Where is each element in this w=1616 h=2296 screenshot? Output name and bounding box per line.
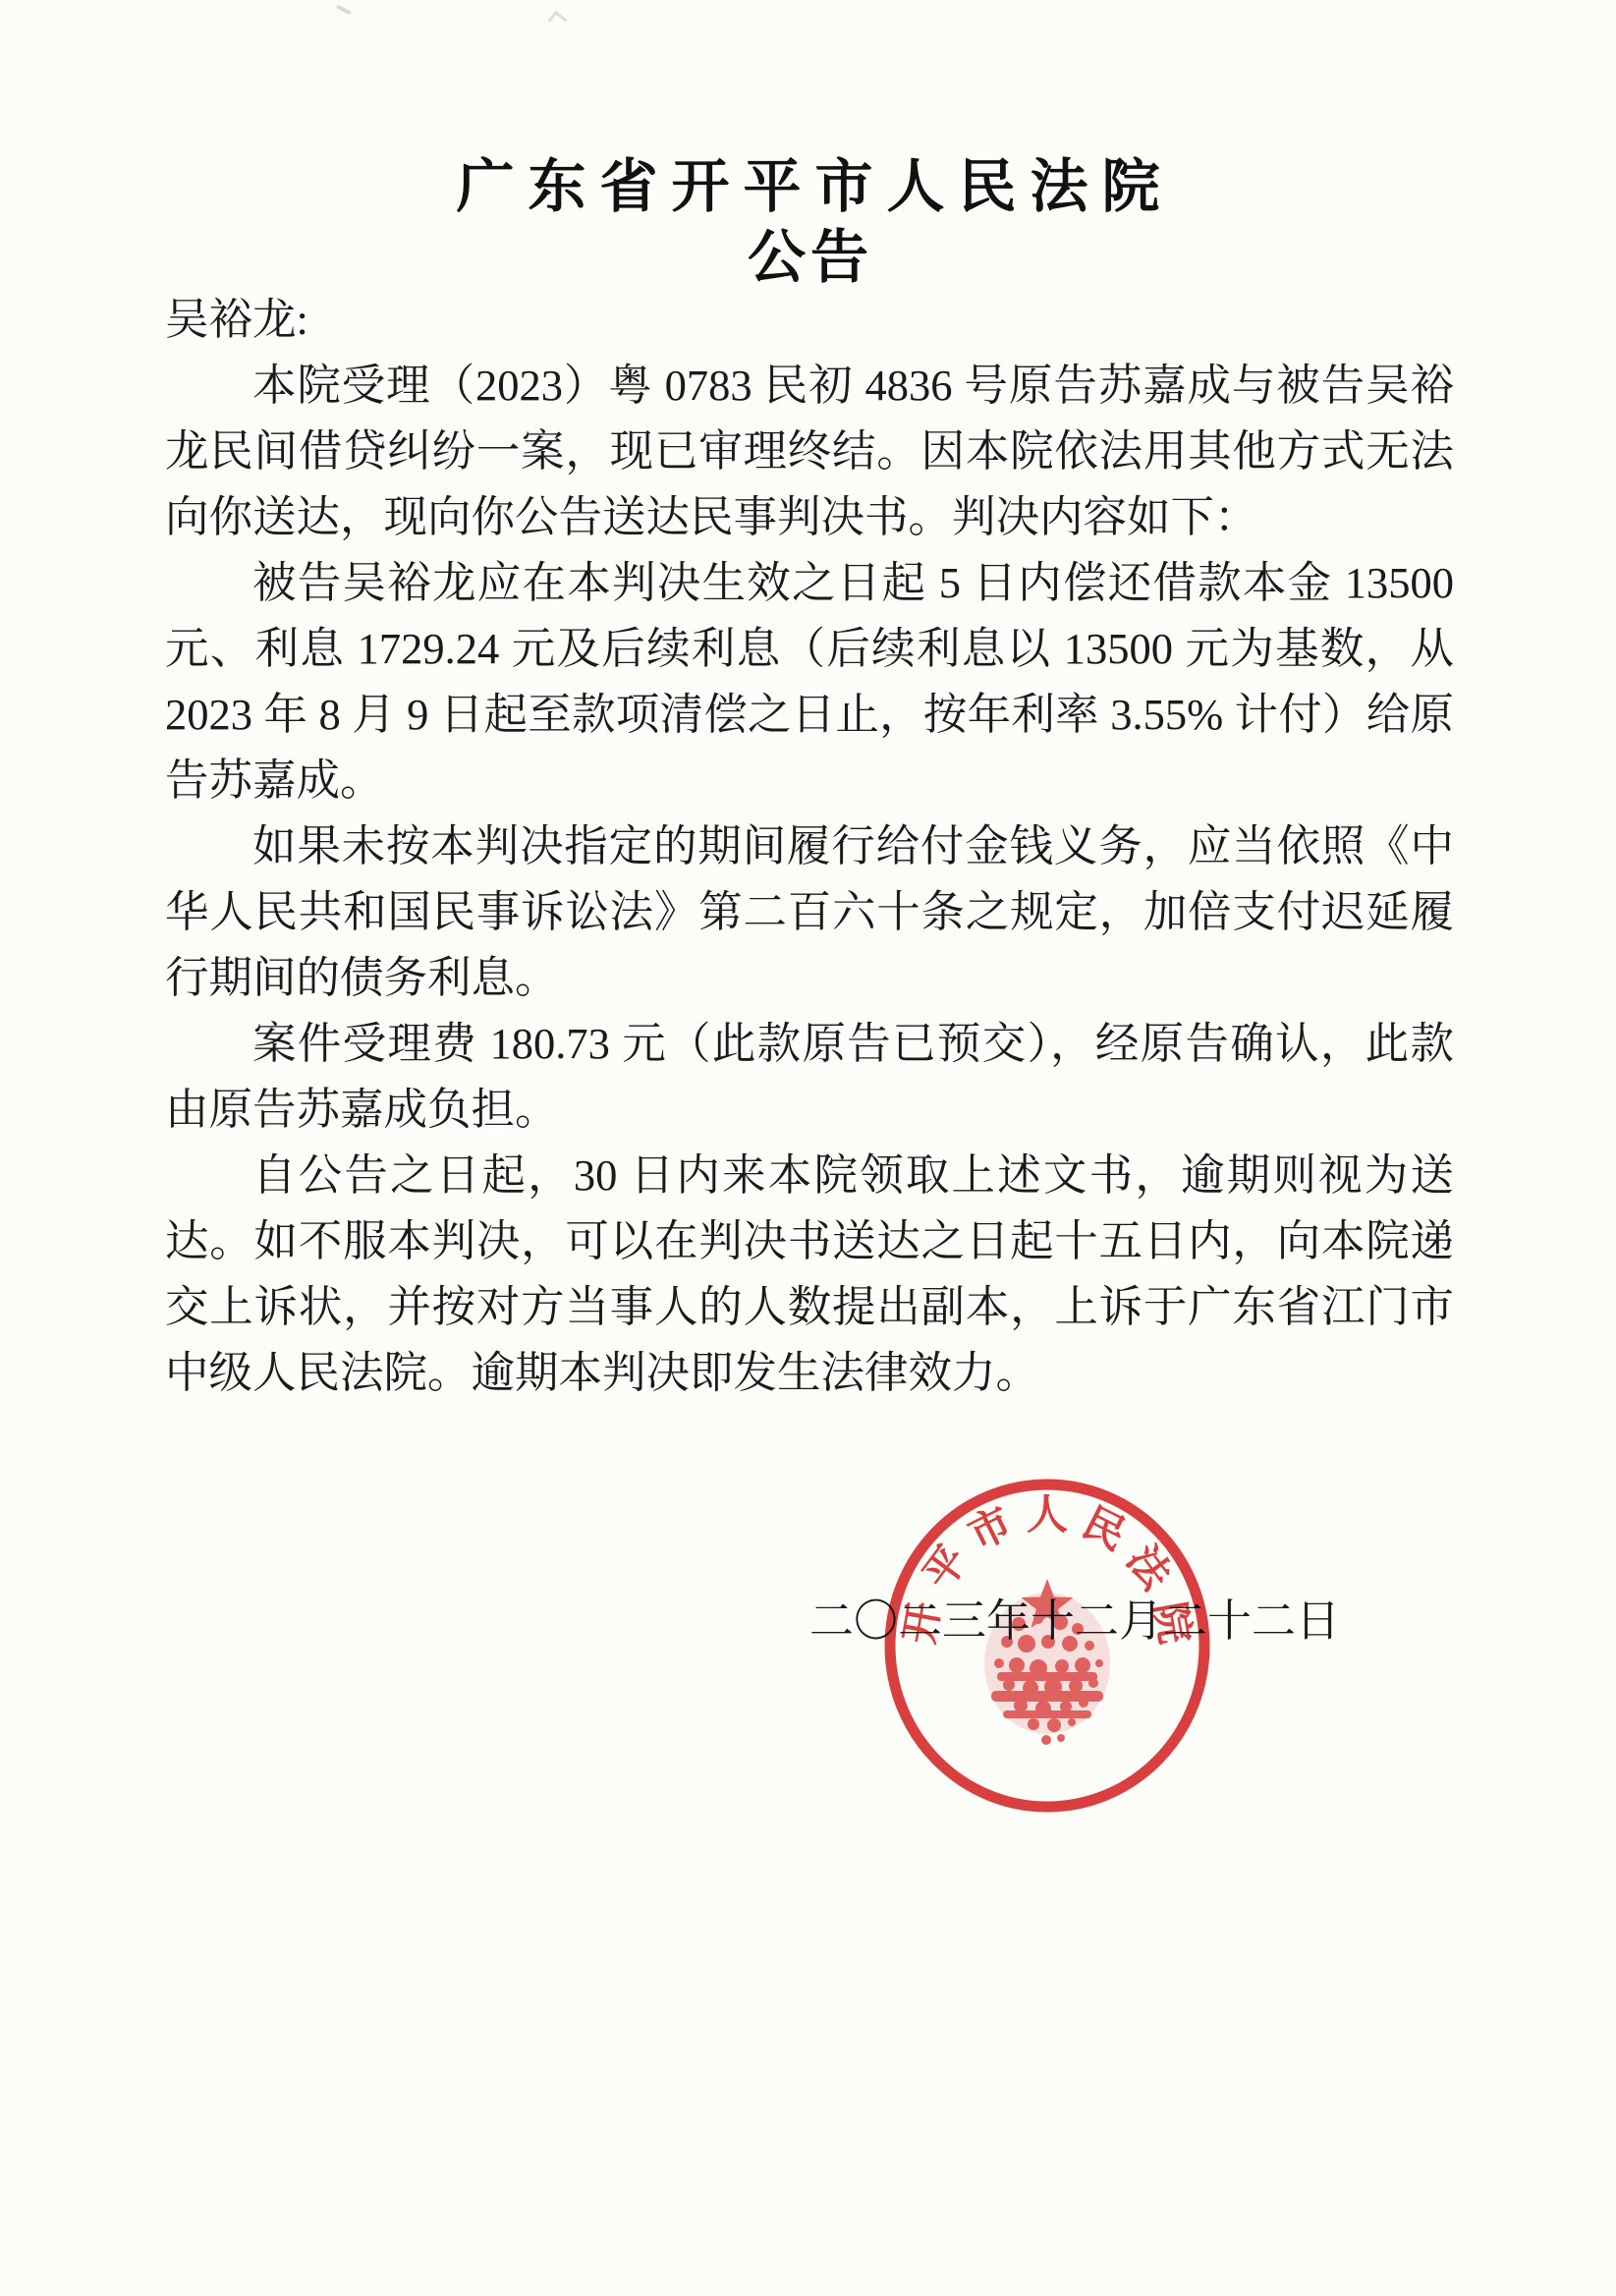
announcement-body: 吴裕龙: 本院受理（2023）粤 0783 民初 4836 号原告苏嘉成与被告吴…	[165, 287, 1454, 1406]
seal-char: 人	[1027, 1493, 1068, 1539]
paragraph: 被告吴裕龙应在本判决生效之日起 5 日内偿还借款本金 13500 元、利息 17…	[165, 550, 1454, 813]
addressee: 吴裕龙:	[165, 287, 1454, 353]
national-emblem-icon	[984, 1579, 1110, 1745]
scan-artifact	[548, 11, 568, 30]
paragraph: 如果未按本判决指定的期间履行给付金钱义务，应当依照《中华人民共和国民事诉讼法》第…	[165, 813, 1454, 1011]
seal-char: 院	[1145, 1598, 1198, 1648]
paragraph: 本院受理（2023）粤 0783 民初 4836 号原告苏嘉成与被告吴裕龙民间借…	[165, 353, 1454, 550]
paragraph: 自公告之日起，30 日内来本院领取上述文书，逾期则视为送达。如不服本判决，可以在…	[165, 1143, 1454, 1406]
court-seal: 开 平 市 人 民 法 院	[881, 1477, 1213, 1815]
announcement-title: 公告	[0, 210, 1616, 294]
court-announcement-document: 广东省开平市人民法院 公告 吴裕龙: 本院受理（2023）粤 0783 民初 4…	[0, 0, 1616, 2296]
paragraph: 案件受理费 180.73 元（此款原告已预交），经原告确认，此款由原告苏嘉成负担…	[165, 1011, 1454, 1143]
seal-char: 开	[898, 1598, 950, 1647]
scan-artifact	[336, 4, 352, 15]
